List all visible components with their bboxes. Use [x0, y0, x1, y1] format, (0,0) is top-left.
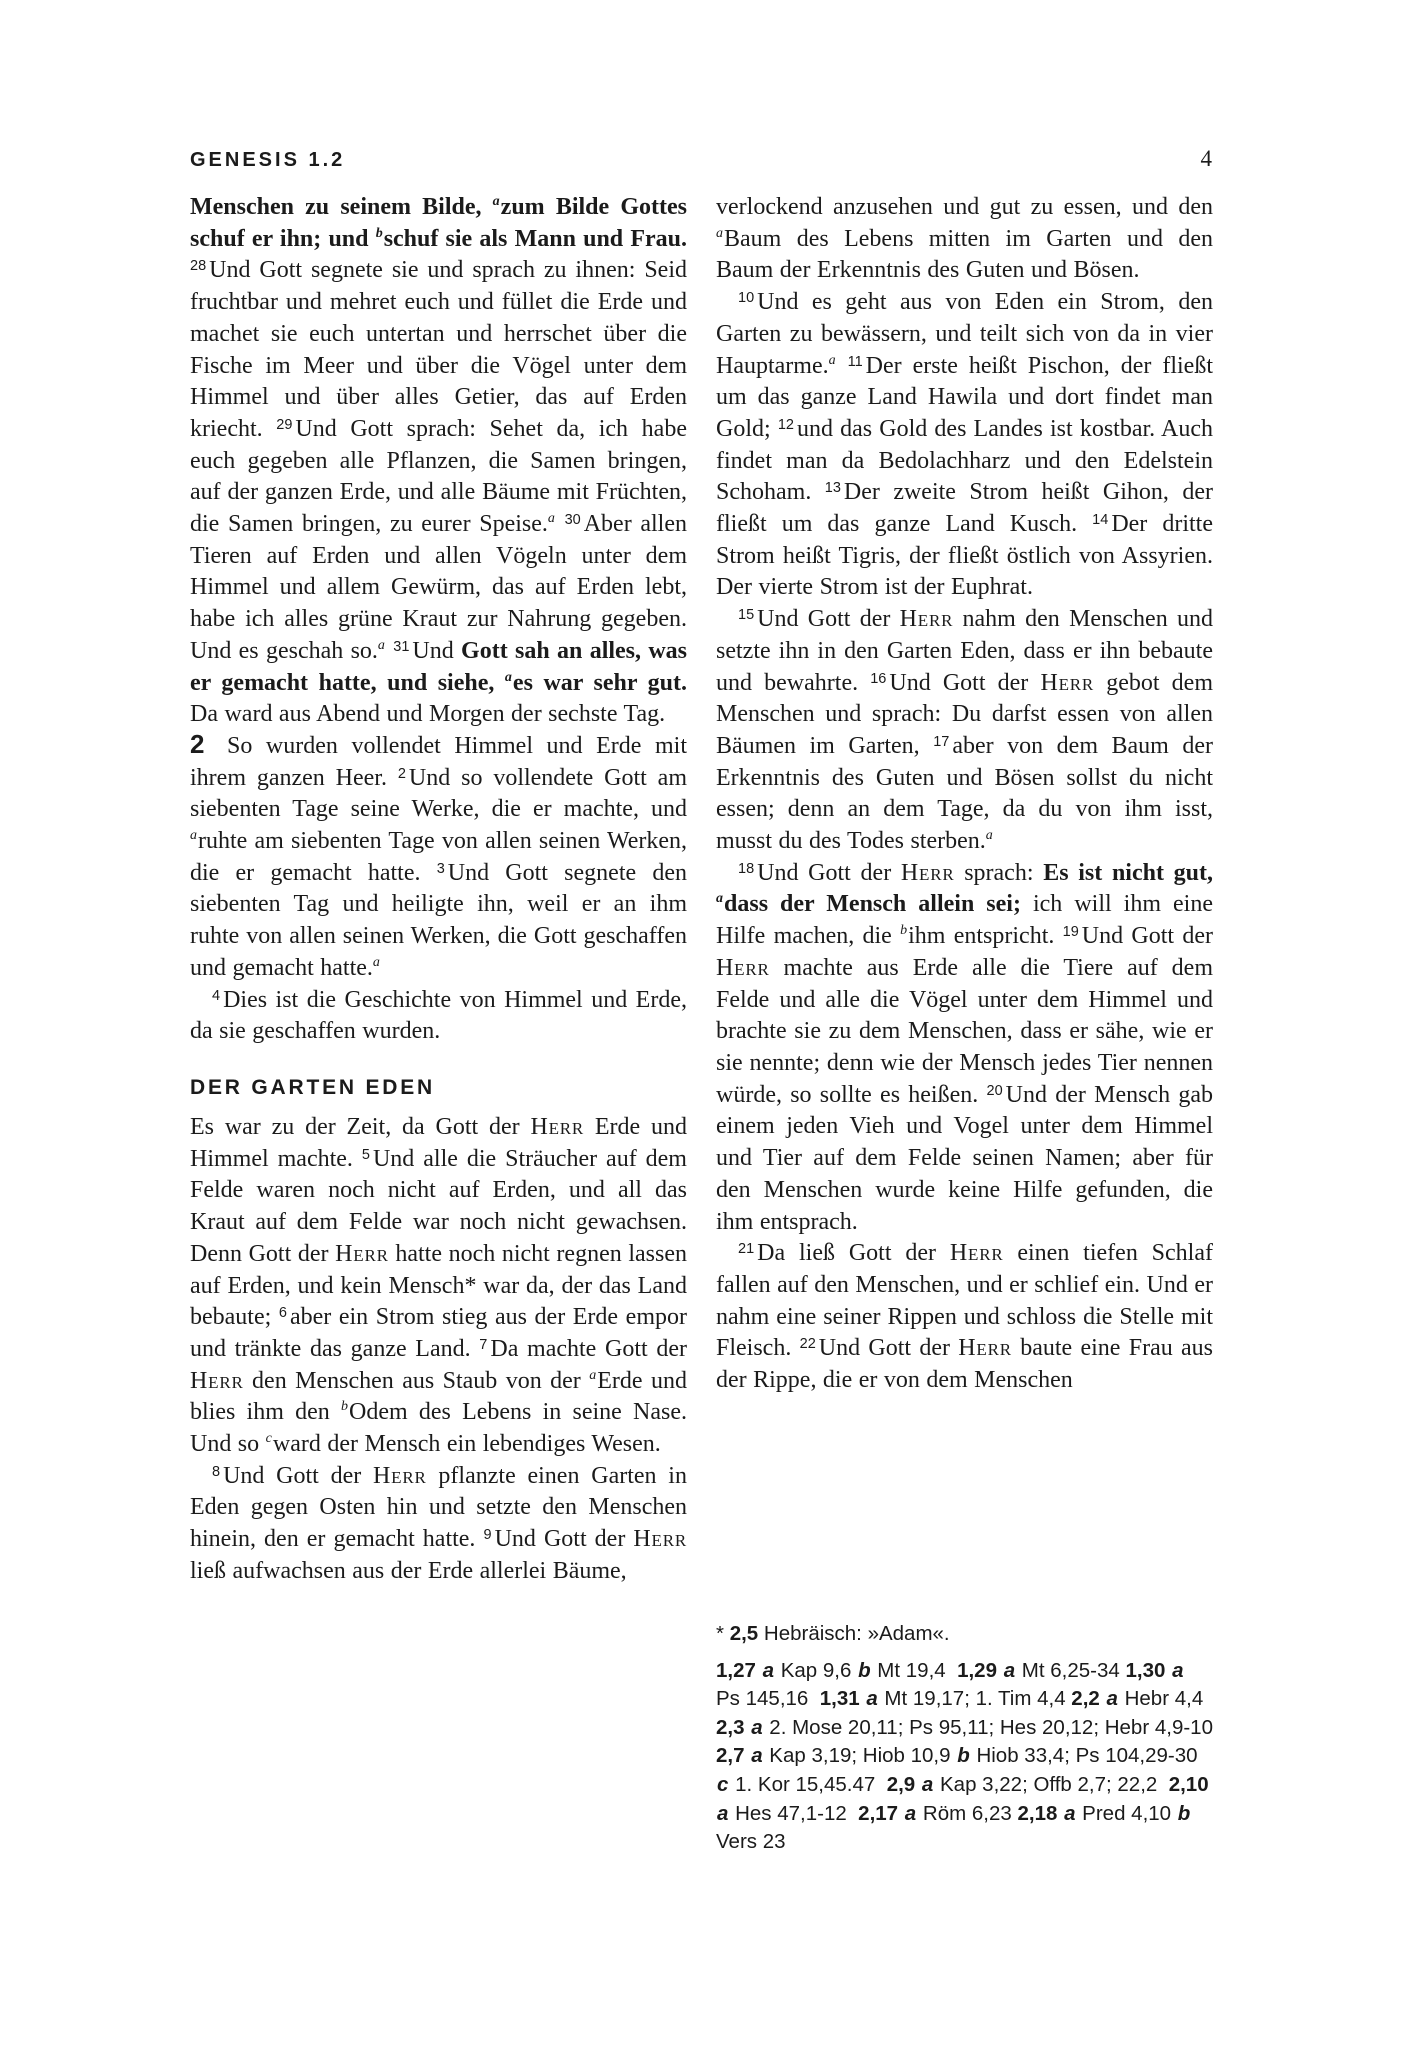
- verse-number: 9: [484, 1527, 492, 1543]
- small-caps-name: Herr: [900, 606, 954, 632]
- bold-text: 2,3: [716, 1716, 745, 1739]
- note-letter: b: [376, 226, 383, 241]
- page-number: 4: [1201, 146, 1213, 172]
- bold-text: 2,5: [730, 1622, 759, 1645]
- bold-text: 2,10: [1169, 1773, 1209, 1796]
- verse-number: 8: [212, 1464, 220, 1480]
- note-letter: a: [505, 670, 512, 685]
- text-column-right: verlockend anzusehen und gut zu essen, u…: [716, 192, 1213, 1397]
- bold-text: 2,2: [1071, 1687, 1100, 1710]
- note-letter: a: [829, 353, 836, 368]
- verse-number: 29: [276, 417, 292, 433]
- note-letter: a: [548, 511, 555, 526]
- verse-number: 28: [190, 258, 206, 274]
- ref-letter: a: [1064, 1802, 1075, 1825]
- small-caps-name: Herr: [901, 860, 955, 886]
- verse-number: 12: [778, 417, 794, 433]
- text-column-left: Menschen zu seinem Bilde, azum Bilde Got…: [190, 192, 687, 1588]
- ref-letter: a: [1004, 1659, 1015, 1682]
- verse-number: 6: [279, 1305, 287, 1321]
- ref-letter: a: [717, 1802, 728, 1825]
- chapter-number: 2: [190, 729, 204, 759]
- footnotes-block: * 2,5 Hebräisch: »Adam«. 1,27 a Kap 9,6 …: [716, 1620, 1213, 1857]
- note-letter: a: [373, 955, 380, 970]
- footnote-cross-references: 1,27 a Kap 9,6 b Mt 19,4 1,29 a Mt 6,25-…: [716, 1657, 1213, 1857]
- bold-text: Gott sah an alles, was er gemacht hatte,…: [190, 638, 687, 696]
- bold-text: 1,30: [1125, 1659, 1165, 1682]
- bold-text: 1,27: [716, 1659, 756, 1682]
- small-caps-name: Herr: [335, 1241, 389, 1267]
- footnote-translation-note: * 2,5 Hebräisch: »Adam«.: [716, 1620, 1213, 1649]
- ref-letter: a: [751, 1716, 762, 1739]
- verse-number: 31: [393, 639, 409, 655]
- small-caps-name: Herr: [958, 1335, 1012, 1361]
- verse-number: 20: [987, 1083, 1003, 1099]
- ref-letter: b: [1178, 1802, 1191, 1825]
- small-caps-name: Herr: [190, 1368, 244, 1394]
- verse-number: 22: [800, 1336, 816, 1352]
- running-title: GENESIS 1.2: [190, 149, 345, 172]
- small-caps-name: Herr: [1040, 670, 1094, 696]
- paragraph: 21Da ließ Gott der Herr einen tiefen Sch…: [716, 1238, 1213, 1397]
- verse-number: 17: [933, 734, 949, 750]
- verse-number: 30: [565, 512, 581, 528]
- ref-letter: a: [905, 1802, 916, 1825]
- ref-letter: c: [717, 1773, 728, 1796]
- verse-number: 18: [738, 861, 754, 877]
- verse-number: 15: [738, 607, 754, 623]
- note-letter: a: [589, 1368, 596, 1383]
- verse-number: 5: [362, 1147, 370, 1163]
- verse-number: 11: [848, 354, 863, 370]
- small-caps-name: Herr: [373, 1463, 427, 1489]
- paragraph: Menschen zu seinem Bilde, azum Bilde Got…: [190, 192, 687, 731]
- bold-text: 2,18: [1017, 1802, 1057, 1825]
- verse-number: 2: [398, 766, 406, 782]
- bold-text: Es ist nicht gut, adass der Mensch allei…: [716, 860, 1213, 918]
- verse-number: 4: [212, 988, 220, 1004]
- paragraph: 4Dies ist die Geschichte von Himmel und …: [190, 985, 687, 1048]
- section-heading: DER GARTEN EDEN: [190, 1075, 687, 1101]
- verse-number: 10: [738, 290, 754, 306]
- note-letter: b: [341, 1399, 348, 1414]
- small-caps-name: Herr: [716, 955, 770, 981]
- bold-text: 1,31: [820, 1687, 860, 1710]
- paragraph: 15Und Gott der Herr nahm den Menschen un…: [716, 604, 1213, 858]
- small-caps-name: Herr: [950, 1240, 1004, 1266]
- book-page: GENESIS 1.2 4 Menschen zu seinem Bilde, …: [0, 0, 1404, 2050]
- verse-number: 14: [1092, 512, 1108, 528]
- ref-letter: a: [1107, 1687, 1118, 1710]
- ref-letter: a: [866, 1687, 877, 1710]
- ref-letter: a: [751, 1744, 762, 1767]
- paragraph: 18Und Gott der Herr sprach: Es ist nicht…: [716, 858, 1213, 1238]
- paragraph: 2 So wurden vollendet Himmel und Erde mi…: [190, 731, 687, 985]
- bold-text: 1,29: [957, 1659, 997, 1682]
- verse-number: 19: [1063, 924, 1079, 940]
- paragraph: Es war zu der Zeit, da Gott der Herr Erd…: [190, 1112, 687, 1461]
- note-letter: a: [190, 828, 197, 843]
- verse-number: 3: [437, 861, 445, 877]
- note-letter: b: [900, 923, 907, 938]
- note-letter: a: [716, 226, 723, 241]
- bold-text: 2,17: [858, 1802, 898, 1825]
- bold-text: 2,7: [716, 1744, 745, 1767]
- paragraph: verlockend anzusehen und gut zu essen, u…: [716, 192, 1213, 287]
- paragraph: 10Und es geht aus von Eden ein Strom, de…: [716, 287, 1213, 604]
- ref-letter: a: [1172, 1659, 1183, 1682]
- note-letter: a: [986, 828, 993, 843]
- note-letter: a: [716, 891, 723, 906]
- small-caps-name: Herr: [633, 1526, 687, 1552]
- note-letter: a: [493, 194, 500, 209]
- ref-letter: b: [957, 1744, 970, 1767]
- verse-number: 21: [738, 1241, 754, 1257]
- ref-letter: a: [763, 1659, 774, 1682]
- ref-letter: b: [858, 1659, 871, 1682]
- paragraph: 8Und Gott der Herr pflanzte einen Garten…: [190, 1461, 687, 1588]
- page-header: GENESIS 1.2 4: [190, 146, 1212, 172]
- note-letter: a: [378, 638, 385, 653]
- verse-number: 13: [825, 480, 841, 496]
- ref-letter: a: [922, 1773, 933, 1796]
- bold-text: Menschen zu seinem Bilde, azum Bilde Got…: [190, 194, 687, 252]
- bold-text: 2,9: [887, 1773, 916, 1796]
- small-caps-name: Herr: [530, 1114, 584, 1140]
- note-letter: c: [266, 1431, 272, 1446]
- verse-number: 16: [870, 671, 886, 687]
- verse-number: 7: [479, 1337, 487, 1353]
